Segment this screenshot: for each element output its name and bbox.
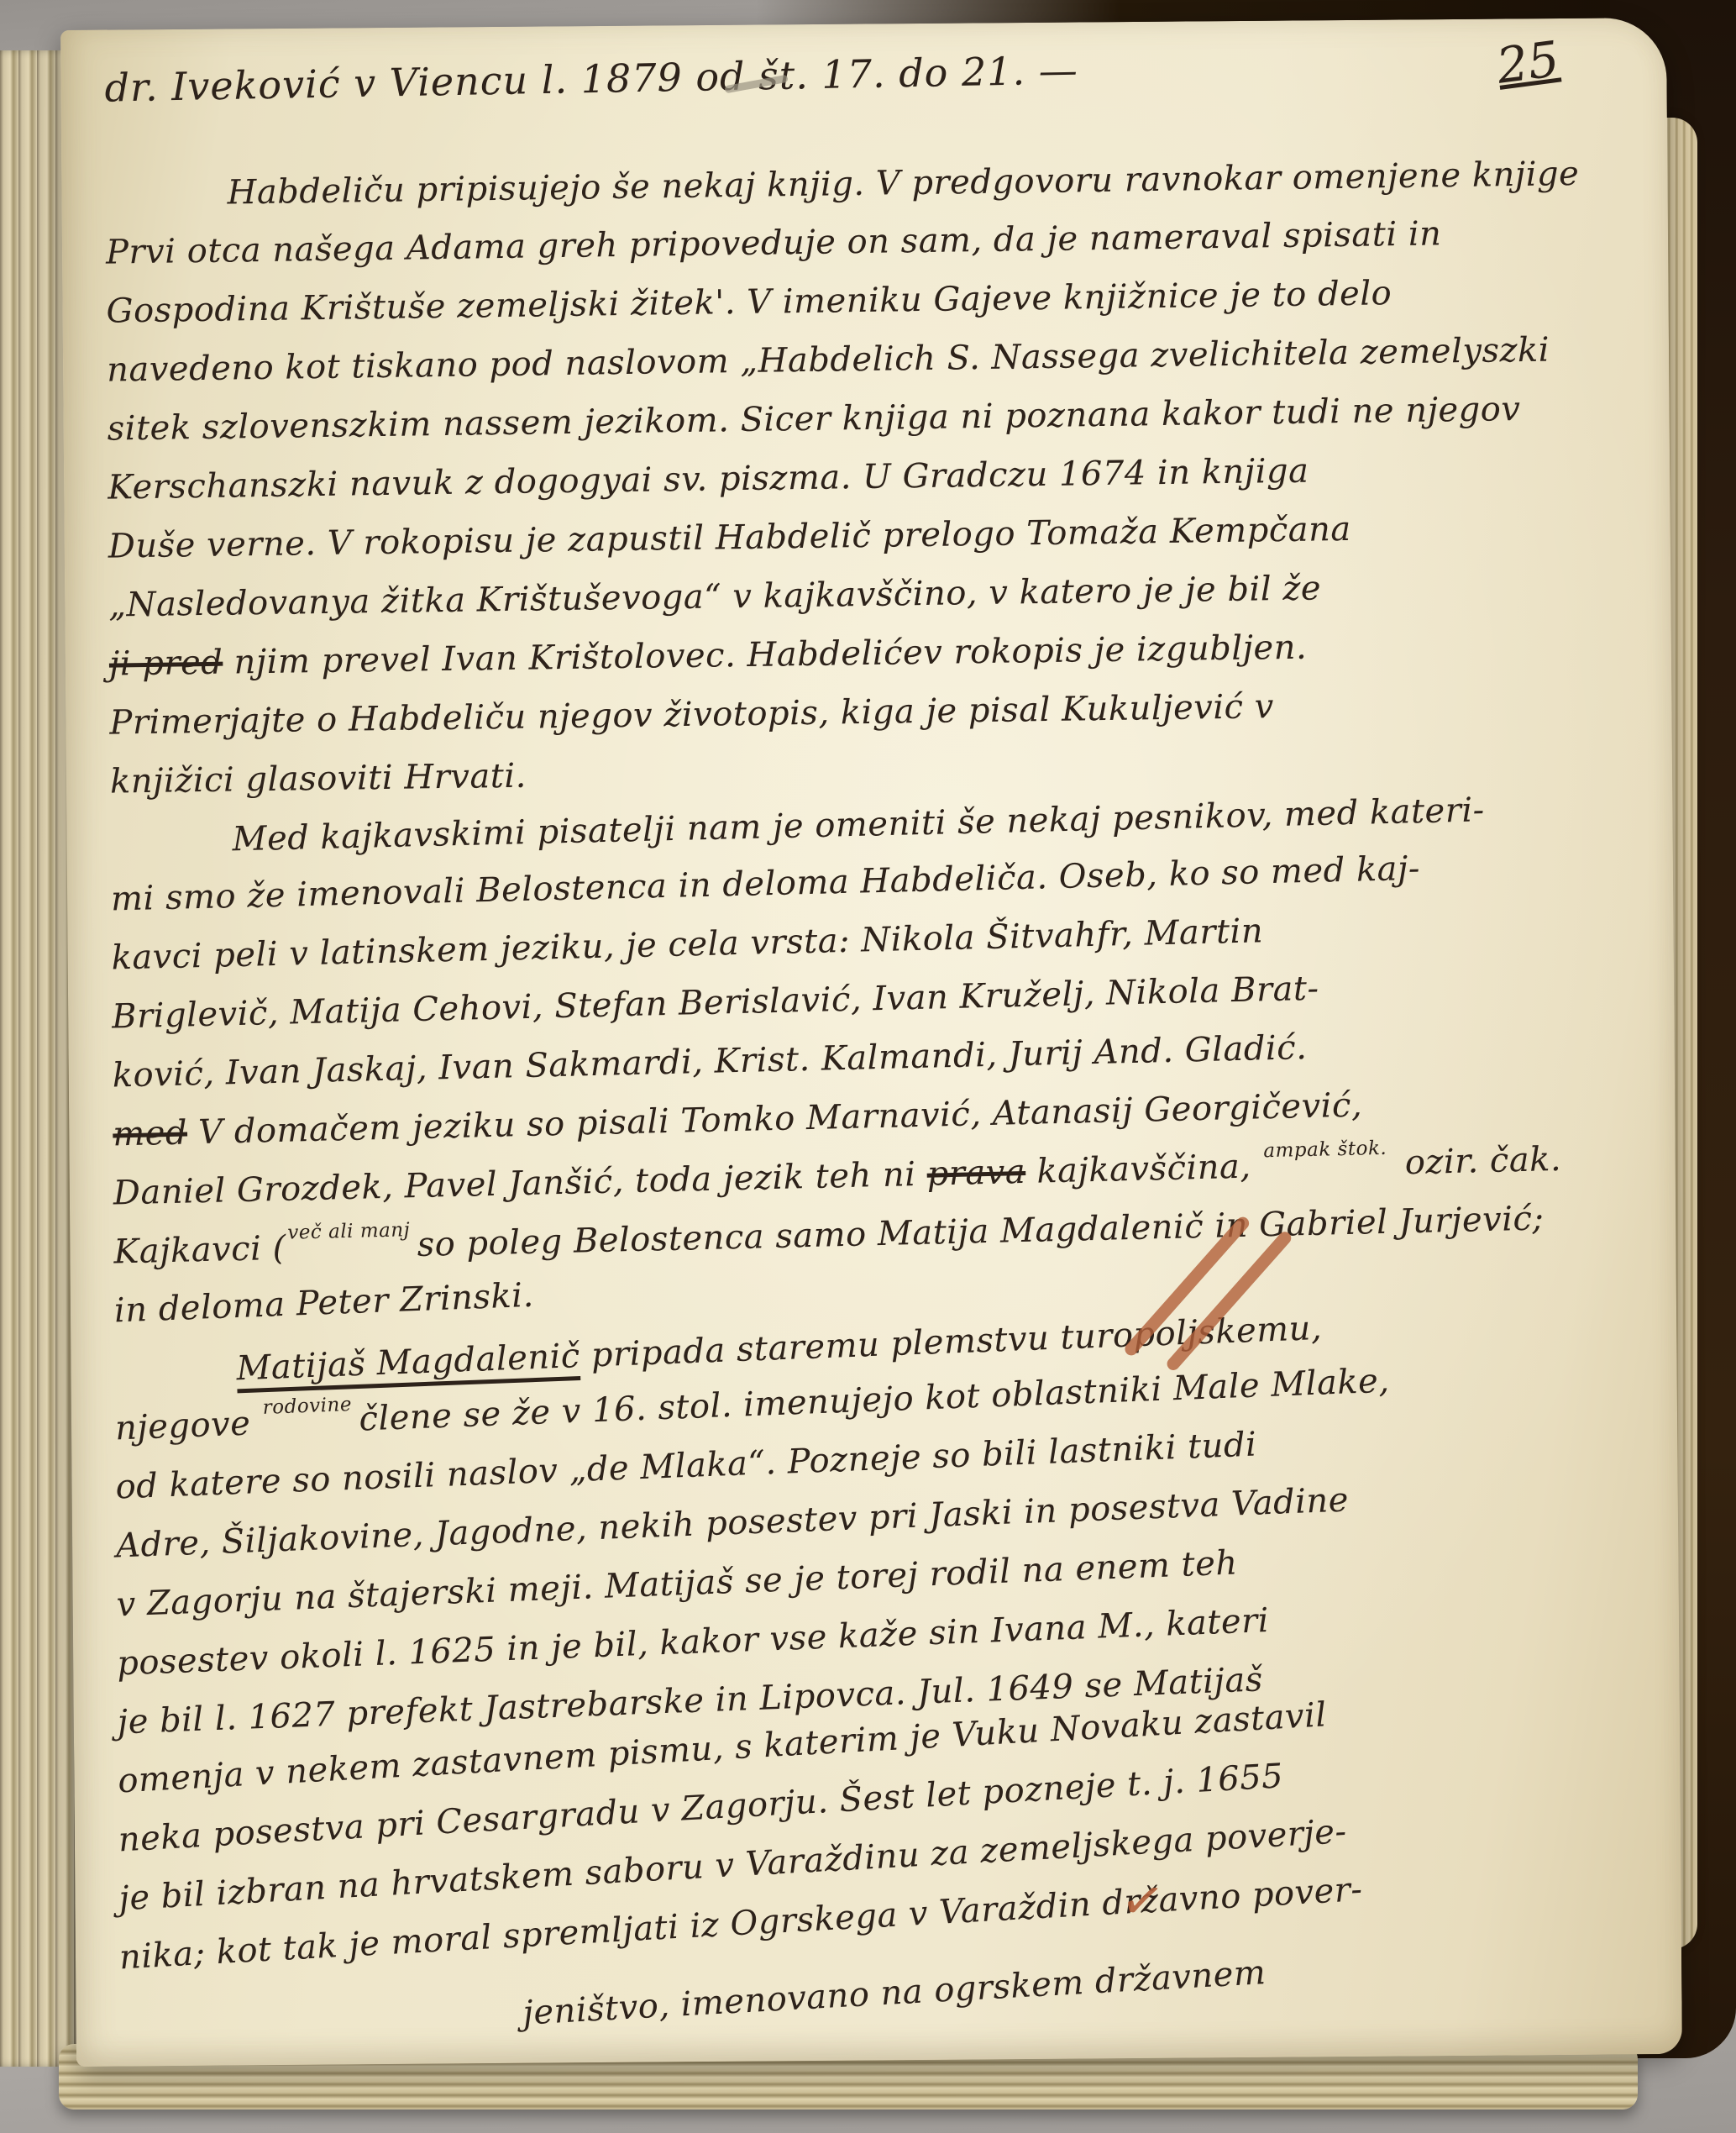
red-slash-stroke [1165,1229,1294,1373]
title-line: dr. Iveković v Viencu l. 1879 od št. 17.… [104,47,1078,110]
red-pencil-check-mark: ✓ [1116,1867,1168,1934]
manuscript-page: dr. Iveković v Viencu l. 1879 od št. 17.… [60,18,1682,2067]
line-text: sitek szlovenszkim nassem jezikom. Sicer… [107,390,1520,448]
line-text: kajkavščina, [1025,1147,1263,1191]
inserted-word: več ali manj [287,1230,410,1232]
red-pencil-double-slash-mark [1121,1203,1324,1373]
line-text: jeništvo, imenovano na ogrskem državnem [522,1953,1267,2033]
struck-word: ji pred [109,644,223,684]
line-text: navedeno kot tiskano pod naslovom „Habde… [107,331,1550,390]
line-text: knjižici glasoviti Hrvati. [110,757,527,801]
line-text: ozir. čak. [1393,1140,1562,1183]
line-text: Kajkavci ( [113,1229,286,1272]
line-text: Kerschanszki navuk z dogogyai sv. piszma… [108,452,1309,507]
inserted-word: ampak štok. [1263,1148,1387,1151]
line-text: „Nasledovanya žitka Krištuševoga“ v kajk… [108,569,1321,624]
line-text: Prvi otca našega Adama greh pripoveduje … [106,214,1442,271]
line-text: Daniel Grozdek, Pavel Janšić, toda jezik… [113,1155,927,1213]
line-text: njegove [114,1404,262,1448]
manuscript-lines: Habdeliču pripisujejo še nekaj knjig. V … [61,144,1682,2046]
line-text: Gospodina Krištuše zemeljski žitek'. V i… [106,274,1392,330]
photo-scene: dr. Iveković v Viencu l. 1879 od št. 17.… [0,0,1736,2133]
inserted-word: rodovine [263,1405,352,1408]
struck-word: med [113,1113,188,1153]
line-text: in deloma Peter Zrinski. [113,1276,534,1331]
page-number: 25 [1493,30,1562,95]
page-header: dr. Iveković v Viencu l. 1879 od št. 17.… [60,18,1667,156]
line-text: Primerjajte o Habdeliču njegov životopis… [109,687,1274,742]
line-text: Duše verne. V rokopisu je zapustil Habde… [108,510,1351,566]
line-text: Habdeliču pripisujejo še nekaj knjig. V … [227,155,1579,212]
struck-word: prava [926,1153,1026,1194]
line-text: njim prevel Ivan Krištolovec. Habdelićev… [223,628,1307,682]
red-slash-stroke [1122,1215,1251,1358]
